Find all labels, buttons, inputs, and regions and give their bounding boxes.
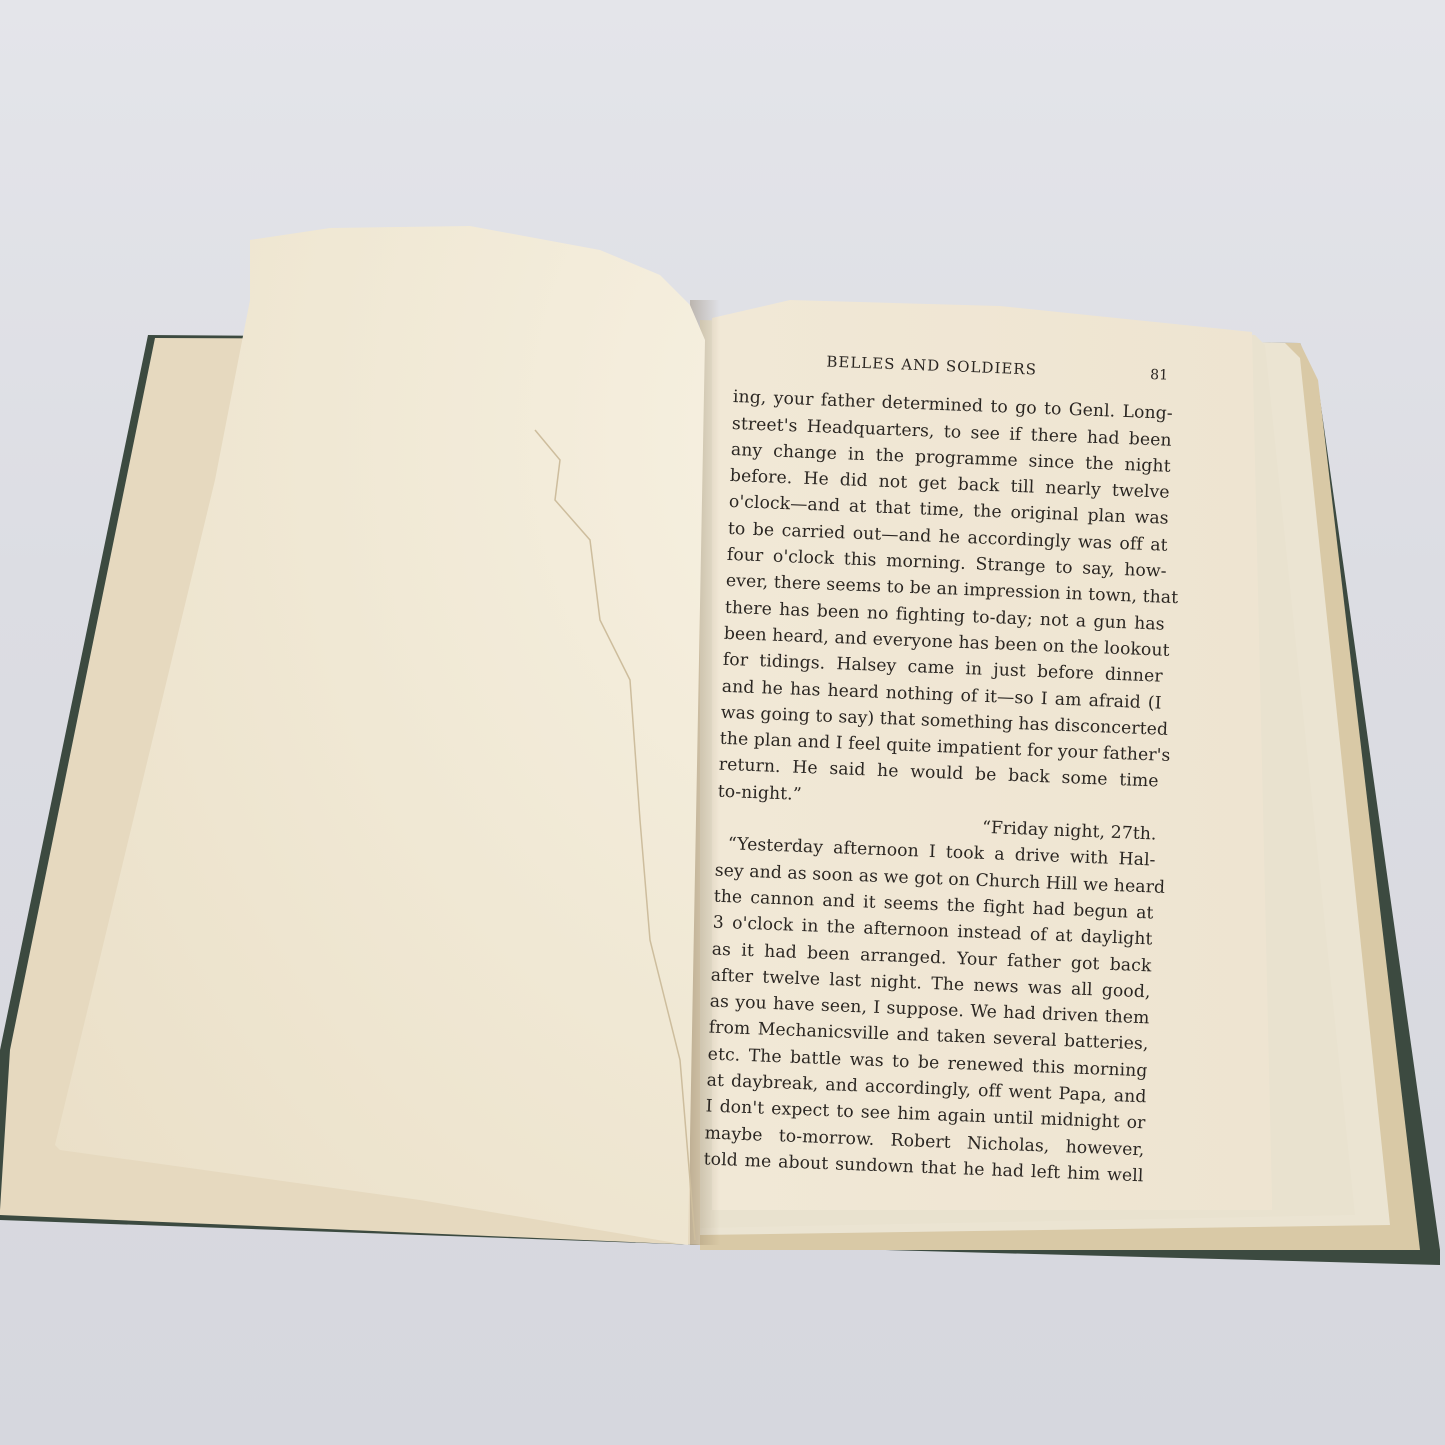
page-text: BELLES AND SOLDIERS 81 ing, your father … [703,345,1174,1189]
page-tear-line [530,420,710,1240]
page-number: 81 [1150,362,1169,389]
book-photo: BELLES AND SOLDIERS 81 ing, your father … [0,0,1445,1445]
